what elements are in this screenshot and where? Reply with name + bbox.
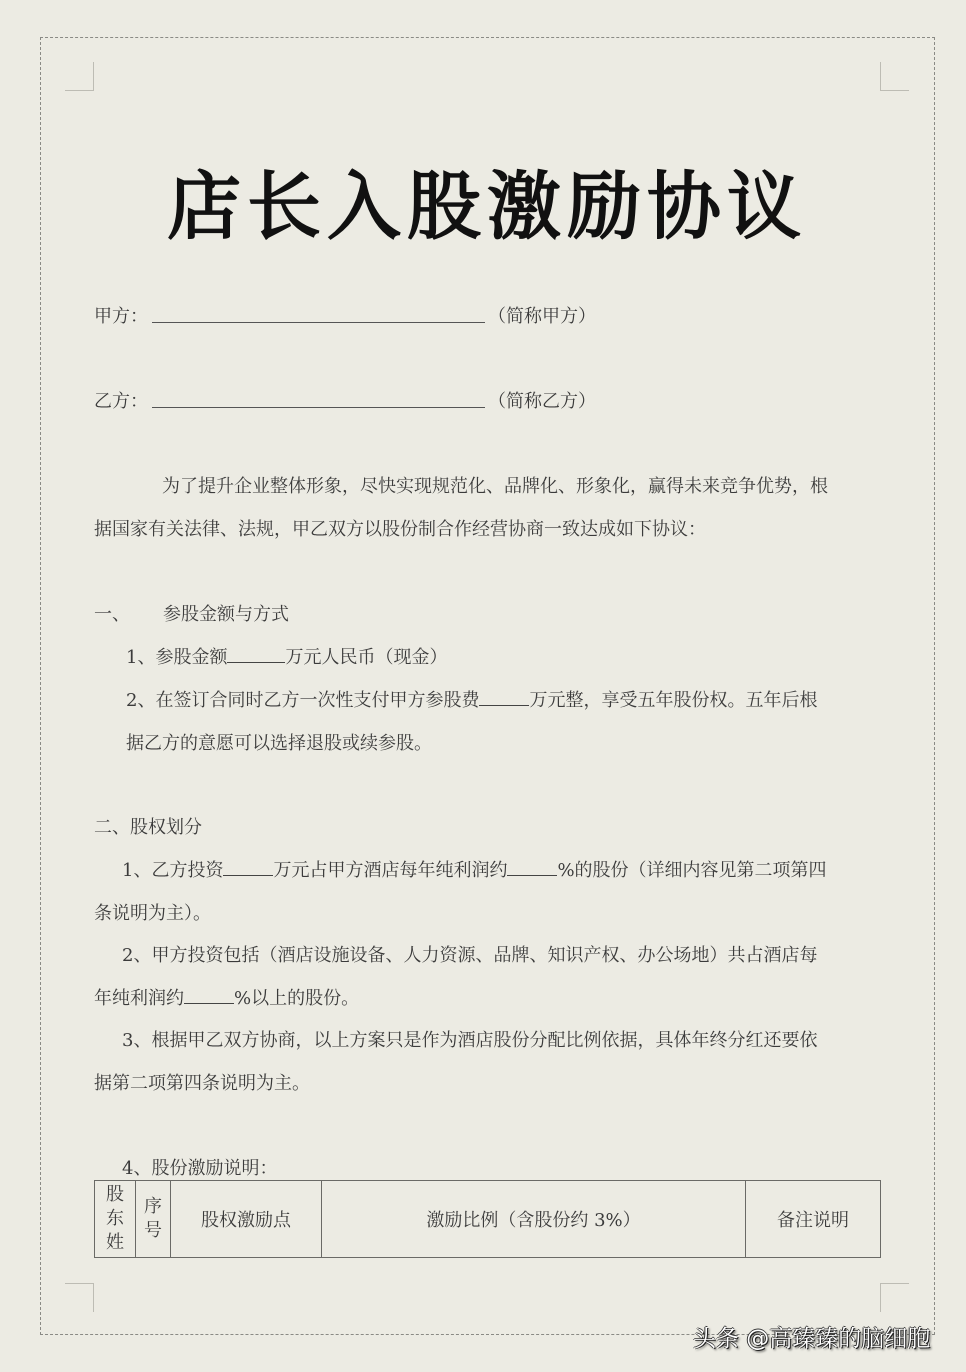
- item-text: 1、参股金额: [126, 647, 227, 668]
- item-text: 1、乙方投资: [122, 860, 223, 881]
- section-2-item-3: 3、根据甲乙双方协商，以上方案只是作为酒店股份分配比例依据，具体年终分红还要依: [122, 1026, 817, 1052]
- item-text: 2、在签订合同时乙方一次性支付甲方参股费: [126, 690, 479, 711]
- document-title: 店长入股激励协议: [4, 148, 966, 254]
- party-a-suffix: （简称甲方）: [488, 302, 596, 328]
- corner-mark-bottom-right: [880, 1283, 909, 1312]
- preamble-line-1: 为了提升企业整体形象，尽快实现规范化、品牌化、形象化，赢得未来竞争优势，根: [162, 472, 828, 498]
- section-2-item-2-cont: 年纯利润约%以上的股份。: [94, 984, 359, 1010]
- header-incentive-point: 股权激励点: [171, 1181, 322, 1258]
- preamble-line-2: 据国家有关法律、法规，甲乙双方以股份制合作经营协商一致达成如下协议：: [94, 515, 706, 541]
- investment-blank[interactable]: [223, 874, 273, 876]
- item-text: 万元整，享受五年股份权。五年后根: [529, 690, 817, 711]
- party-a-label: 甲方：: [94, 302, 148, 328]
- section-2-item-3-cont: 据第二项第四条说明为主。: [94, 1069, 310, 1095]
- section-1-item-2-cont: 据乙方的意愿可以选择退股或续参股。: [126, 729, 432, 755]
- percent-blank[interactable]: [507, 874, 557, 876]
- item-text: %的股份（详细内容见第二项第四: [557, 860, 826, 881]
- section-2-item-2: 2、甲方投资包括（酒店设施设备、人力资源、品牌、知识产权、办公场地）共占酒店每: [122, 941, 817, 967]
- section-1-item-2: 2、在签订合同时乙方一次性支付甲方参股费万元整，享受五年股份权。五年后根: [126, 686, 817, 712]
- amount-blank[interactable]: [227, 661, 285, 663]
- header-text: 股东姓: [95, 1183, 135, 1255]
- party-b-label: 乙方：: [94, 387, 148, 413]
- section-1-number: 一、: [94, 600, 130, 626]
- corner-mark-top-left: [65, 62, 94, 91]
- party-a-percent-blank[interactable]: [184, 1002, 234, 1004]
- header-text: 序号: [136, 1195, 170, 1243]
- party-a-field[interactable]: [152, 322, 485, 323]
- section-1-heading: 参股金额与方式: [163, 600, 289, 626]
- item-text: 万元人民币（现金）: [285, 647, 447, 668]
- section-2-item-1-cont: 条说明为主）。: [94, 899, 211, 925]
- header-remarks: 备注说明: [746, 1181, 881, 1258]
- party-b-field[interactable]: [152, 407, 485, 408]
- section-1-item-1: 1、参股金额万元人民币（现金）: [126, 643, 447, 669]
- table-header-row: 股东姓 序号 股权激励点 激励比例（含股份约 3%） 备注说明: [95, 1181, 881, 1258]
- corner-mark-top-right: [880, 62, 909, 91]
- fee-blank[interactable]: [479, 704, 529, 706]
- header-shareholder-name: 股东姓: [95, 1181, 136, 1258]
- item-text: 万元占甲方酒店每年纯利润约: [273, 860, 507, 881]
- header-serial-number: 序号: [136, 1181, 171, 1258]
- section-2-heading: 二、股权划分: [94, 813, 202, 839]
- item-text: 年纯利润约: [94, 988, 184, 1009]
- party-b-suffix: （简称乙方）: [488, 387, 596, 413]
- item-text: %以上的股份。: [234, 988, 359, 1009]
- watermark: 头条 @高臻臻的脑细胞: [693, 1320, 930, 1353]
- incentive-table: 股东姓 序号 股权激励点 激励比例（含股份约 3%） 备注说明: [94, 1180, 881, 1258]
- header-incentive-ratio: 激励比例（含股份约 3%）: [322, 1181, 746, 1258]
- section-2-item-4-heading: 4、股份激励说明：: [122, 1154, 277, 1180]
- section-2-item-1: 1、乙方投资万元占甲方酒店每年纯利润约%的股份（详细内容见第二项第四: [122, 856, 827, 882]
- corner-mark-bottom-left: [65, 1283, 94, 1312]
